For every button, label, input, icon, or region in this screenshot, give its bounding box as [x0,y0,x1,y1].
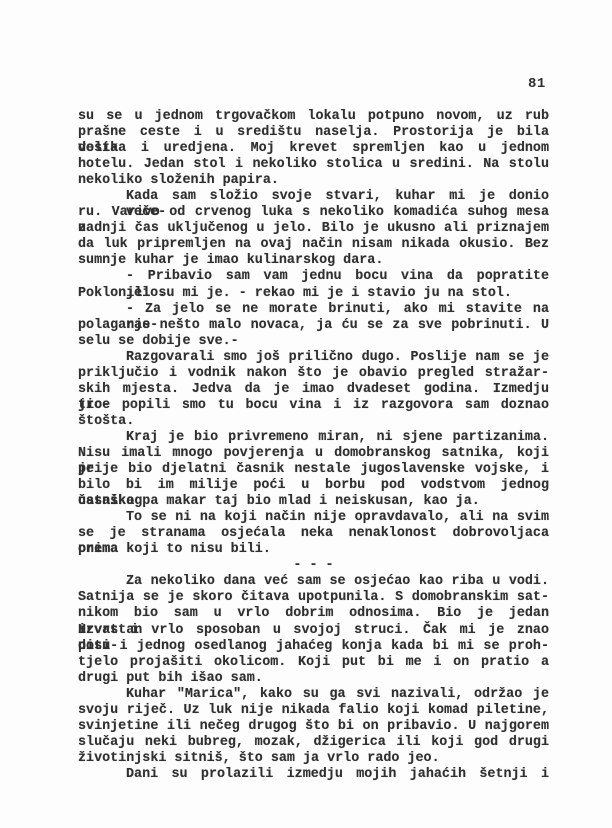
text-line: Kraj je bio privremeno miran, ni sjene p… [78,430,549,446]
text-line: časnika pa makar taj bio mlad i neiskusa… [78,494,549,510]
text-line: Hrvat i vrlo sposoban u svojoj struci. Č… [78,623,549,639]
text-line: svoju riječ. Uz luk nije nikada falio ko… [78,703,549,719]
text-line: slučaju neki bubreg, mozak, džigerica il… [78,735,549,751]
text-line: jice popili smo tu bocu vina i iz razgov… [78,398,549,414]
section-break: - - - [78,558,549,574]
text-line: velika i uredjena. Moj krevet spremljen … [78,141,549,157]
text-line: Kada sam složio svoje stvari, kuhar mi j… [78,189,549,205]
text-line: - Za jelo se ne morate brinuti, ako mi s… [78,302,549,318]
text-line: Za nekoliko dana već sam se osjećao kao … [78,574,549,590]
text-line: diti i jednog osedlanog jahaćeg konja ka… [78,639,549,655]
text-line: prašne ceste i u središtu naselja. Prost… [78,125,549,141]
text-line: sumnje kuhar je imao kulinarskog dara. [78,253,549,269]
text-line: polaganje nešto malo novaca, ja ću se za… [78,318,549,334]
text-line: Poklonili su mi je. - rekao mi je i stav… [78,286,549,302]
text-line: Dani su prolazili izmedju mojih jahaćih … [78,767,549,783]
text-line: su se u jednom trgovačkom lokalu potpuno… [78,109,549,125]
text-line: skih mjesta. Jedva da je imao dvadeset g… [78,382,549,398]
text-line: Satnija se je skoro čitava upotpunila. S… [78,590,549,606]
text-line: drugi put bih išao sam. [78,671,549,687]
text-line: To se ni na koji način nije opravdavalo,… [78,510,549,526]
text-line: nekoliko složenih papira. [78,173,549,189]
text-line: štošta. [78,414,549,430]
text-line: da luk pripremljen na ovaj način nisam n… [78,237,549,253]
page-number: 81 [528,76,546,92]
text-line: hotelu. Jedan stol i nekoliko stolica u … [78,157,549,173]
text-line: selu se dobije sve.- [78,334,549,350]
text-line: zadnji čas uključenog u jelo. Bilo je uk… [78,221,549,237]
text-line: onima koji to nisu bili. [78,542,549,558]
text-line: priključio i vodnik nakon što je obavio … [78,366,549,382]
text-line: životinjski sitniš, što sam ja vrlo rado… [78,751,549,767]
page-body-text: su se u jednom trgovačkom lokalu potpuno… [78,109,549,783]
text-line: Kuhar "Marica", kako su ga svi nazivali,… [78,687,549,703]
text-line: nikom bio sam u vrlo dobrim odnosima. Bi… [78,606,549,622]
scanned-book-page: 81 su se u jednom trgovačkom lokalu potp… [0,0,612,828]
text-line: svinjetine ili nečeg drugog što bi on pr… [78,719,549,735]
text-line: prije bio djelatni časnik nestale jugosl… [78,462,549,478]
text-line: se je stranama osjećala neka nenaklonost… [78,526,549,542]
text-line: Razgovarali smo još prilično dugo. Posli… [78,350,549,366]
text-line: Nisu imali mnogo povjerenja u domobransk… [78,446,549,462]
text-line: - Pribavio sam vam jednu bocu vina da po… [78,269,549,285]
text-line: bilo bi im milije poći u borbu pod vodst… [78,478,549,494]
text-line: ru. Varivo od crvenog luka s nekoliko ko… [78,205,549,221]
text-line: tjelo projašiti okolicom. Koji put bi me… [78,655,549,671]
